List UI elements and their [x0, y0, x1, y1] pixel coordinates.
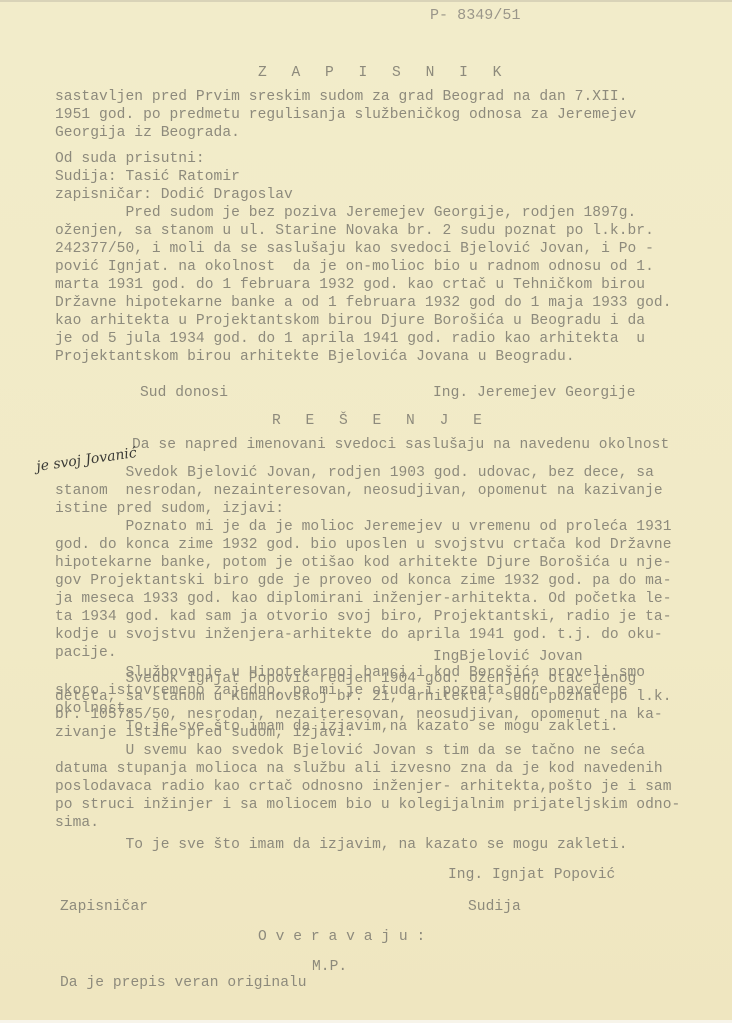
present-line: Sudija: Tasić Ratomir — [55, 168, 240, 187]
petition-line: 242377/50, i moli da se saslušaju kao sv… — [55, 240, 654, 259]
witness1-intro-line: istine pred sudom, izjavi: — [55, 500, 284, 519]
petition-line: je od 5 jula 1934 god. do 1 aprila 1941 … — [55, 330, 645, 349]
witness1-intro-line: stanom nesrodan, nezainteresovan, neosud… — [55, 482, 663, 501]
witness2-line: U svemu kao svedok Bjelović Jovan s tim … — [55, 742, 645, 761]
reference-number: P- 8349/51 — [430, 6, 521, 25]
witness1-line: Poznato mi je da je molioc Jeremejev u v… — [55, 518, 672, 537]
witness2-intro-line: zivanje istine pred sudom, izjavi: — [55, 724, 354, 743]
witness1-line: kodje u svojstvu inženjera-arhitekte do … — [55, 626, 663, 645]
decision-title: R E Š E N J E — [272, 412, 490, 431]
court-decides-label: Sud donosi — [140, 384, 228, 403]
copy-note: Da je prepis veran originalu — [60, 974, 307, 993]
witness1-signature: IngBjelović Jovan — [433, 648, 583, 667]
witness1-line: ja meseca 1933 god. kao diplomirani inže… — [55, 590, 672, 609]
judge-label: Sudija — [468, 898, 521, 917]
witness2-line: To je sve što imam da izjavim, na kazato… — [55, 836, 628, 855]
witness2-line: datuma stupanja molioca na službu ali iz… — [55, 760, 663, 779]
petition-line: pović Ignjat. na okolnost da je on-molio… — [55, 258, 654, 277]
petitioner-signature: Ing. Jeremejev Georgije — [433, 384, 636, 403]
petition-line: Projektantskom birou arhitekte Bjelovića… — [55, 348, 575, 367]
witness2-intro-line: deteta, sa stanom u Kumanovskoj br. 21, … — [55, 688, 672, 707]
petition-line: kao arhitekta u Projektantskom birou Dju… — [55, 312, 645, 331]
intro-line: 1951 god. po predmetu regulisanja službe… — [55, 106, 636, 125]
witness1-line: ta 1934 god. kad sam ja otvorio svoj bir… — [55, 608, 672, 627]
decision-text: Da se napred imenovani svedoci saslušaju… — [132, 436, 669, 455]
witness1-line: hipotekarne banke, potom je otišao kod a… — [55, 554, 672, 573]
witness1-line: gov Projektantski biro gde je proveo od … — [55, 572, 672, 591]
document-title: Z A P I S N I K — [258, 64, 509, 83]
witness2-line: sima. — [55, 814, 99, 833]
witness1-line: god. do konca zime 1932 god. bio uposlen… — [55, 536, 672, 555]
petition-line: marta 1931 god. do 1 februara 1932 god. … — [55, 276, 645, 295]
intro-line: Georgija iz Beograda. — [55, 124, 240, 143]
clerk-label: Zapisničar — [60, 898, 148, 917]
witness2-line: poslodavaca radio kao crtač odnosno inže… — [55, 778, 672, 797]
witness1-intro-line: Svedok Bjelović Jovan, rodjen 1903 god. … — [55, 464, 654, 483]
intro-line: sastavljen pred Prvim sreskim sudom za g… — [55, 88, 628, 107]
witness2-line: po struci inžinjer i sa moliocem bio u k… — [55, 796, 680, 815]
present-line: zapisničar: Dodić Dragoslav — [55, 186, 293, 205]
witness1-line: pacije. — [55, 644, 117, 663]
petition-line: oženjen, sa stanom u ul. Starine Novaka … — [55, 222, 654, 241]
witness2-intro-line: Svedok Ignjat Popović redjen 1904 god. o… — [55, 670, 636, 689]
petition-line: Pred sudom je bez poziva Jeremejev Georg… — [55, 204, 636, 223]
certify-title: O v e r a v a j u : — [258, 928, 425, 947]
seal-mark: M.P. — [312, 958, 347, 977]
page-top-edge — [0, 0, 732, 2]
present-line: Od suda prisutni: — [55, 150, 205, 169]
witness2-intro-line: br. 105785/50, nesrodan, nezaiteresovan,… — [55, 706, 663, 725]
witness2-signature: Ing. Ignjat Popović — [448, 866, 615, 885]
petition-line: Državne hipotekarne banke a od 1 februar… — [55, 294, 672, 313]
document-page: P- 8349/51 Z A P I S N I K sastavljen pr… — [0, 0, 732, 1023]
